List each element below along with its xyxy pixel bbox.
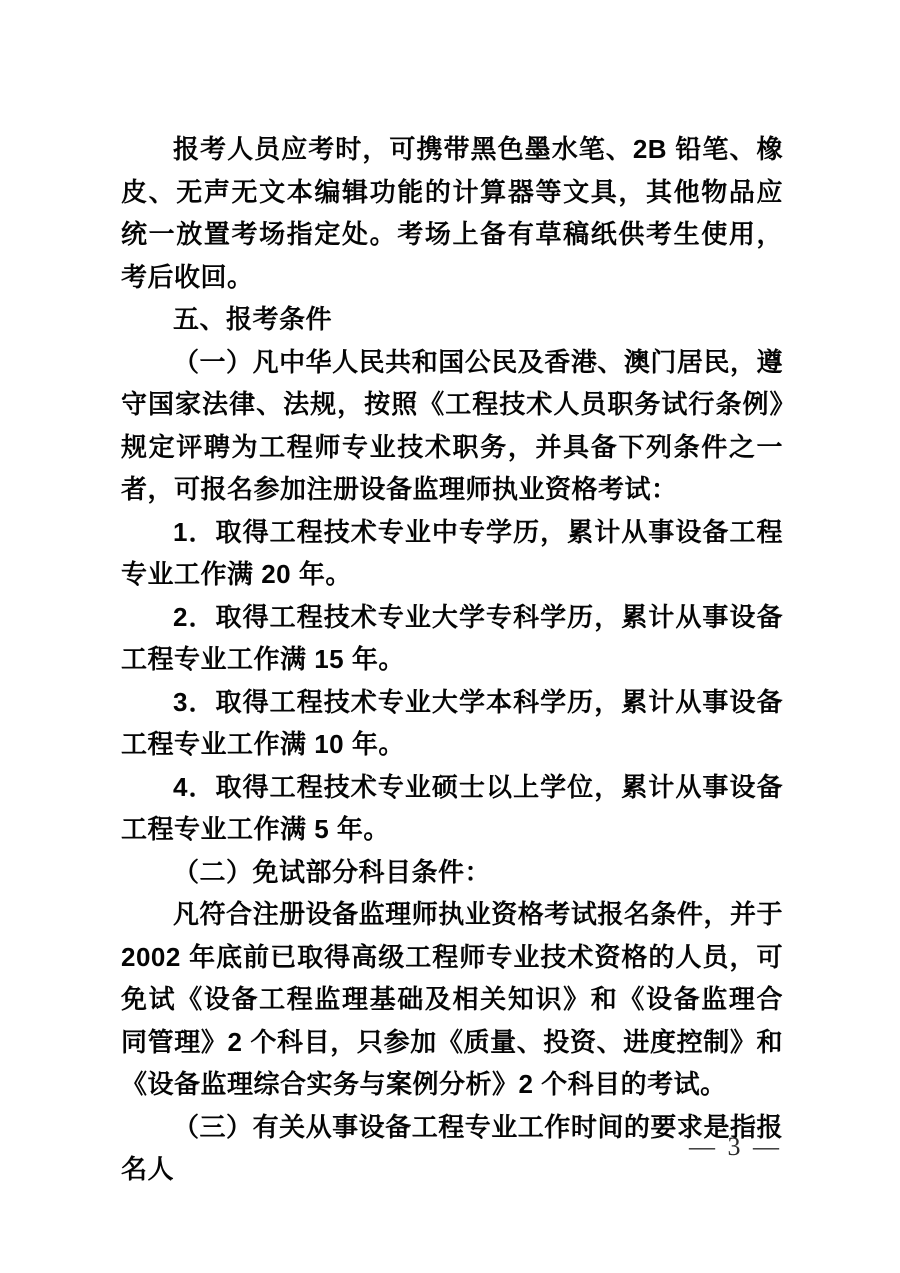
- paragraph-exemption-details: 凡符合注册设备监理师执业资格考试报名条件，并于 2002 年底前已取得高级工程师…: [121, 893, 783, 1106]
- paragraph-exam-supplies: 报考人员应考时，可携带黑色墨水笔、2B 铅笔、橡皮、无声无文本编辑功能的计算器等…: [121, 128, 783, 298]
- paragraph-condition-1-eligibility: （一）凡中华人民共和国公民及香港、澳门居民，遵守国家法律、法规，按照《工程技术人…: [121, 341, 783, 511]
- list-item-1-technical-secondary-degree: 1．取得工程技术专业中专学历，累计从事设备工程专业工作满 20 年。: [121, 511, 783, 596]
- document-text-block: 报考人员应考时，可携带黑色墨水笔、2B 铅笔、橡皮、无声无文本编辑功能的计算器等…: [121, 128, 783, 1191]
- document-page: 报考人员应考时，可携带黑色墨水笔、2B 铅笔、橡皮、无声无文本编辑功能的计算器等…: [0, 0, 900, 1273]
- list-item-4-master-degree: 4．取得工程技术专业硕士以上学位，累计从事设备工程专业工作满 5 年。: [121, 766, 783, 851]
- heading-section-5-application-requirements: 五、报考条件: [121, 298, 783, 341]
- list-item-2-college-degree: 2．取得工程技术专业大学专科学历，累计从事设备工程专业工作满 15 年。: [121, 596, 783, 681]
- heading-condition-2-exemption: （二）免试部分科目条件：: [121, 851, 783, 894]
- list-item-3-bachelor-degree: 3．取得工程技术专业大学本科学历，累计从事设备工程专业工作满 10 年。: [121, 681, 783, 766]
- page-number: — 3 —: [0, 1132, 782, 1162]
